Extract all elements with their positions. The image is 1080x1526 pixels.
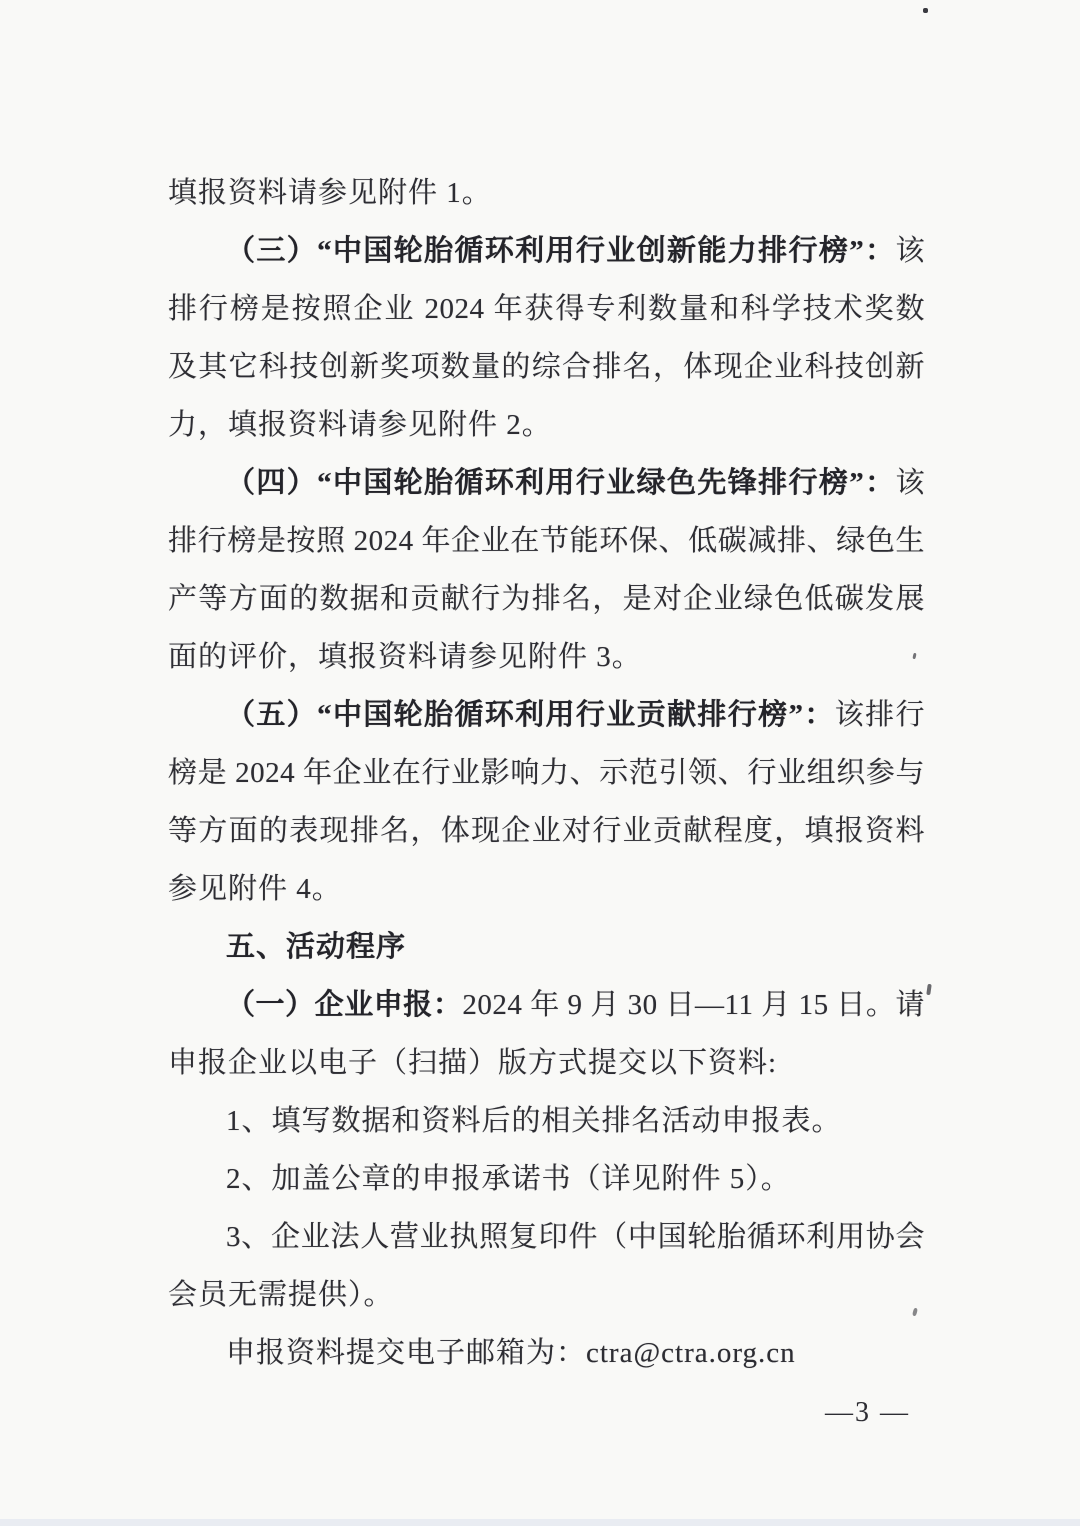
doc-line-text: 排行榜是按照 2024 年企业在节能环保、低碳减排、绿色生 — [168, 525, 925, 557]
doc-line-text: 等方面的表现排名，体现企业对行业贡献程度，填报资料请 — [168, 815, 925, 860]
doc-line-text: 2024 年 9 月 30 日—11 月 15 日。请 — [462, 989, 925, 1021]
doc-line-bold: （一）企业申报： — [226, 989, 462, 1021]
doc-line-text: 排行榜是按照企业 2024 年获得专利数量和科学技术奖数量， — [168, 293, 925, 338]
doc-line-text: 会员无需提供）。 — [168, 1279, 394, 1311]
doc-line-text: 面的评价，填报资料请参见附件 3。 — [168, 641, 642, 673]
doc-line-bold: （四）“中国轮胎循环利用行业绿色先锋排行榜”： — [226, 467, 895, 499]
doc-line-bold: （三）“中国轮胎循环利用行业创新能力排行榜”： — [226, 235, 895, 267]
doc-line-heading-3: （三）“中国轮胎循环利用行业创新能力排行榜”：该 — [168, 222, 925, 280]
doc-section-heading: 五、活动程序 — [168, 918, 925, 976]
doc-line-text: 榜是 2024 年企业在行业影响力、示范引领、行业组织参与 — [168, 757, 925, 789]
doc-line-email: 申报资料提交电子邮箱为：ctra@ctra.org.cn — [168, 1324, 925, 1382]
doc-line: 等方面的表现排名，体现企业对行业贡献程度，填报资料请 — [168, 802, 925, 860]
doc-line-text: 1、填写数据和资料后的相关排名活动申报表。 — [226, 1105, 842, 1137]
doc-line-text: 3、企业法人营业执照复印件（中国轮胎循环利用协会 — [226, 1221, 925, 1253]
doc-line: 力，填报资料请参见附件 2。 — [168, 396, 925, 454]
doc-line-text: 申报资料提交电子邮箱为：ctra@ctra.org.cn — [226, 1337, 796, 1369]
doc-line: 填报资料请参见附件 1。 — [168, 164, 925, 222]
doc-line-text: 参见附件 4。 — [168, 873, 342, 905]
scanned-document-page: 填报资料请参见附件 1。 （三）“中国轮胎循环利用行业创新能力排行榜”：该 排行… — [0, 0, 1080, 1526]
doc-line-bold: 五、活动程序 — [226, 931, 406, 963]
doc-line-text: 及其它科技创新奖项数量的综合排名，体现企业科技创新能 — [168, 351, 925, 396]
doc-line: 产等方面的数据和贡献行为排名，是对企业绿色低碳发展方 — [168, 570, 925, 628]
scan-speck — [926, 984, 931, 995]
doc-line-bold: （五）“中国轮胎循环利用行业贡献排行榜”： — [226, 699, 835, 731]
doc-line-text: 该 — [895, 467, 925, 499]
doc-line: 参见附件 4。 — [168, 860, 925, 918]
doc-line: 排行榜是按照 2024 年企业在节能环保、低碳减排、绿色生 — [168, 512, 925, 570]
doc-line: 排行榜是按照企业 2024 年获得专利数量和科学技术奖数量， — [168, 280, 925, 338]
doc-line: 及其它科技创新奖项数量的综合排名，体现企业科技创新能 — [168, 338, 925, 396]
doc-line-text: 产等方面的数据和贡献行为排名，是对企业绿色低碳发展方 — [168, 583, 925, 628]
document-body: 填报资料请参见附件 1。 （三）“中国轮胎循环利用行业创新能力排行榜”：该 排行… — [168, 164, 925, 1382]
doc-line: 榜是 2024 年企业在行业影响力、示范引领、行业组织参与 — [168, 744, 925, 802]
doc-line: 会员无需提供）。 — [168, 1266, 925, 1324]
doc-line-text: 该 — [895, 235, 925, 267]
doc-line: 面的评价，填报资料请参见附件 3。 — [168, 628, 925, 686]
doc-line-text: 填报资料请参见附件 1。 — [168, 177, 492, 209]
doc-line-heading-1: （一）企业申报：2024 年 9 月 30 日—11 月 15 日。请 — [168, 976, 925, 1034]
doc-line-text: 申报企业以电子（扫描）版方式提交以下资料: — [168, 1047, 777, 1079]
doc-line-heading-5: （五）“中国轮胎循环利用行业贡献排行榜”：该排行 — [168, 686, 925, 744]
scan-speck — [923, 8, 928, 13]
doc-list-item-1: 1、填写数据和资料后的相关排名活动申报表。 — [168, 1092, 925, 1150]
doc-line-text: 该排行 — [835, 699, 925, 731]
doc-list-item-3: 3、企业法人营业执照复印件（中国轮胎循环利用协会 — [168, 1208, 925, 1266]
doc-line-text: 2、加盖公章的申报承诺书（详见附件 5）。 — [226, 1163, 791, 1195]
doc-line: 申报企业以电子（扫描）版方式提交以下资料: — [168, 1034, 925, 1092]
page-number: —3 — — [825, 1395, 910, 1431]
doc-line-text: 力，填报资料请参见附件 2。 — [168, 409, 552, 441]
doc-line-heading-4: （四）“中国轮胎循环利用行业绿色先锋排行榜”：该 — [168, 454, 925, 512]
doc-list-item-2: 2、加盖公章的申报承诺书（详见附件 5）。 — [168, 1150, 925, 1208]
scan-bottom-edge — [0, 1519, 1080, 1526]
